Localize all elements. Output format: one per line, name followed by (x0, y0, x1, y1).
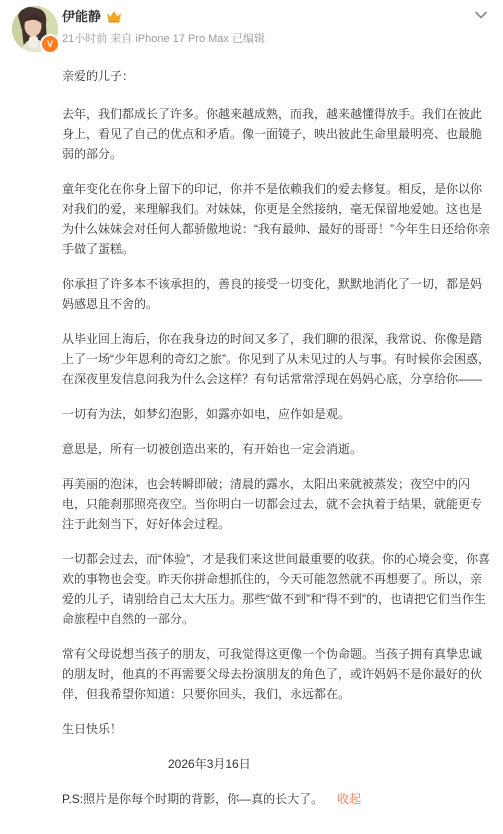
letter-paragraph: 一切有为法，如梦幻泡影，如露亦如电，应作如是观。 (62, 404, 490, 424)
letter-paragraph: 从毕业回上海后，你在我身边的时间又多了，我们聊的很深，我常说、你像是踏上了一场“… (62, 329, 490, 389)
verified-v-badge-icon: V (40, 34, 60, 54)
letter-paragraph: 意思是，所有一切被创造出来的，有开始也一定会消逝。 (62, 439, 490, 459)
letter-paragraph: 再美丽的泡沫，也会转瞬即破；清晨的露水，太阳出来就被蒸发；夜空中的闪电，只能刹那… (62, 474, 490, 534)
post-meta: 21小时前 来自 iPhone 17 Pro Max 已编辑 (62, 30, 503, 46)
post-header: V 伊能静 21小时前 来自 iPhone 17 Pro Max 已编辑 (0, 0, 503, 52)
author-name[interactable]: 伊能静 (62, 9, 101, 24)
letter-date: 2026年3月16日 (62, 754, 490, 774)
chevron-down-icon[interactable] (472, 6, 490, 24)
letter-paragraph: 童年变化在你身上留下的印记，你并不是依赖我们的爱去修复。相反，是你以你对我们的爱… (62, 179, 490, 259)
letter-signoff: 生日快乐！ (62, 719, 490, 739)
letter-paragraph: 常有父母说想当孩子的朋友，可我觉得这更像一个伪命题。当孩子拥有真挚忠诚的朋友时，… (62, 644, 490, 704)
postscript-text: P.S:照片是你每个时期的背影，你—真的长大了。 (62, 792, 323, 806)
vip-crown-icon[interactable] (106, 10, 122, 23)
letter-paragraph: 一切都会过去，而“体验”，才是我们来这世间最重要的收获。你的心境会变，你喜欢的事… (62, 549, 490, 629)
post-text: 亲爱的儿子： 去年，我们都成长了许多。你越来越成熟，而我，越来越懂得放手。我们在… (0, 52, 503, 834)
letter-salutation: 亲爱的儿子： (62, 66, 490, 86)
letter-paragraph: 你承担了许多本不该承担的，善良的接受一切变化，默默地消化了一切，都是妈妈感恩且不… (62, 274, 490, 314)
collapse-link[interactable]: 收起 (337, 792, 361, 806)
weibo-post: V 伊能静 21小时前 来自 iPhone 17 Pro Max 已编辑 亲爱的… (0, 0, 503, 834)
author-block: 伊能静 21小时前 来自 iPhone 17 Pro Max 已编辑 (0, 0, 503, 46)
postscript-line: P.S:照片是你每个时期的背影，你—真的长大了。收起 (62, 789, 490, 809)
letter-paragraph: 去年，我们都成长了许多。你越来越成熟，而我，越来越懂得放手。我们在彼此身上，看见… (62, 104, 490, 164)
avatar[interactable]: V (12, 6, 58, 52)
